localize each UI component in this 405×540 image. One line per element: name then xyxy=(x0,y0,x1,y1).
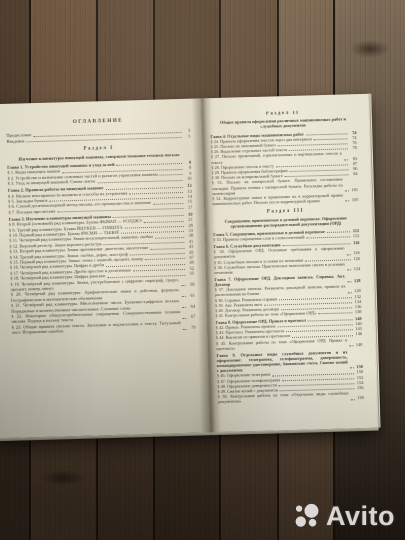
toc-entry-text: § 50. Контрольные работы по теме «Отдель… xyxy=(218,391,349,405)
toc-entry-text: Введение xyxy=(6,138,24,144)
toc-entries-left: Глава 1. Устройство пишущей машины и ухо… xyxy=(7,160,196,336)
left-page: ОГЛАВЛЕНИЕ Предисловие 3 Введение 5 Разд… xyxy=(0,98,211,438)
toc-entry: Глава 9. Отдельные виды служебных докуме… xyxy=(216,349,363,374)
toc-entry-page: 58 xyxy=(186,282,194,288)
dot-leader xyxy=(319,313,353,315)
section-subtitle-3: Сокращения, применяемые в деловой перепи… xyxy=(219,215,353,229)
toc-entry-page: 94 xyxy=(349,171,357,176)
toc-entries-right-a: Глава 4. Отдельные виды машинописных раб… xyxy=(210,130,358,207)
section-subtitle-2: Общие правила оформления различных машин… xyxy=(216,116,350,130)
toc-entry-page: 105 xyxy=(350,197,358,202)
toc-entry-page: 120 xyxy=(352,256,360,261)
toc-entry-page: 158 xyxy=(356,395,364,400)
toc-entry-page: 128 xyxy=(352,278,360,283)
toc-entries-right-b: Глава 5. Сокращения, применяемые в делов… xyxy=(213,228,364,405)
toc-entry-page: 17 xyxy=(184,204,192,210)
toc-entry-page: 67 xyxy=(187,314,195,320)
dot-leader xyxy=(351,399,355,400)
dot-leader xyxy=(344,159,348,160)
avito-watermark-label: Avito xyxy=(326,501,395,532)
dot-leader xyxy=(182,318,186,319)
open-book: ОГЛАВЛЕНИЕ Предисловие 3 Введение 5 Разд… xyxy=(0,94,379,439)
dot-leader xyxy=(183,329,187,330)
toc-entry-page: 5 xyxy=(182,134,190,140)
toc-entry-page: 78 xyxy=(349,145,357,150)
avito-watermark: Avito xyxy=(294,501,395,532)
dot-leader xyxy=(182,307,186,308)
dot-leader xyxy=(350,368,354,369)
toc-entry-text: § 32. Корректурные знаки и применение их… xyxy=(212,193,343,207)
toc-front-matter: Предисловие 3 Введение 5 xyxy=(6,128,190,144)
toc-entry-page: 55 xyxy=(186,271,194,277)
toc-entry-page: 138 xyxy=(353,309,361,314)
dot-leader xyxy=(182,285,186,286)
dot-leader xyxy=(348,292,352,293)
dot-leader xyxy=(307,237,351,239)
left-page-content: ОГЛАВЛЕНИЕ Предисловие 3 Введение 5 Разд… xyxy=(0,98,211,438)
dot-leader xyxy=(345,201,349,202)
dot-leader xyxy=(349,345,353,346)
toc-entry-page: 116 xyxy=(351,240,359,245)
toc-entry-page: 70 xyxy=(188,325,196,331)
toc-entry-page: 148 xyxy=(354,342,362,347)
avito-logo-icon xyxy=(294,503,321,530)
dot-leader xyxy=(347,269,351,270)
right-page-content: Раздел II Общие правила оформления разли… xyxy=(201,94,378,433)
dot-leader xyxy=(182,296,186,297)
toc-entry-page: 124 xyxy=(352,266,360,271)
right-page: Раздел II Общие правила оформления разли… xyxy=(201,94,378,433)
toc-entry-page: 156 xyxy=(355,385,363,390)
toc-entry-page: 101 xyxy=(350,187,358,192)
toc-title: ОГЛАВЛЕНИЕ xyxy=(6,117,190,128)
toc-entry-page: 61 xyxy=(187,292,195,298)
dot-leader xyxy=(27,137,182,142)
dot-leader xyxy=(347,254,351,255)
toc-entry-page: 64 xyxy=(187,303,195,309)
dot-leader xyxy=(347,281,351,282)
dot-leader xyxy=(345,190,349,191)
toc-entry-text: § 7. Посадка при письме xyxy=(8,208,55,215)
toc-entry-page: 112 xyxy=(351,233,359,238)
toc-entry-text: Глава 9. Отдельные виды служебных докуме… xyxy=(216,349,348,373)
toc-entry-page: 146 xyxy=(354,331,362,336)
toc-entry-page: 10 xyxy=(183,176,191,182)
